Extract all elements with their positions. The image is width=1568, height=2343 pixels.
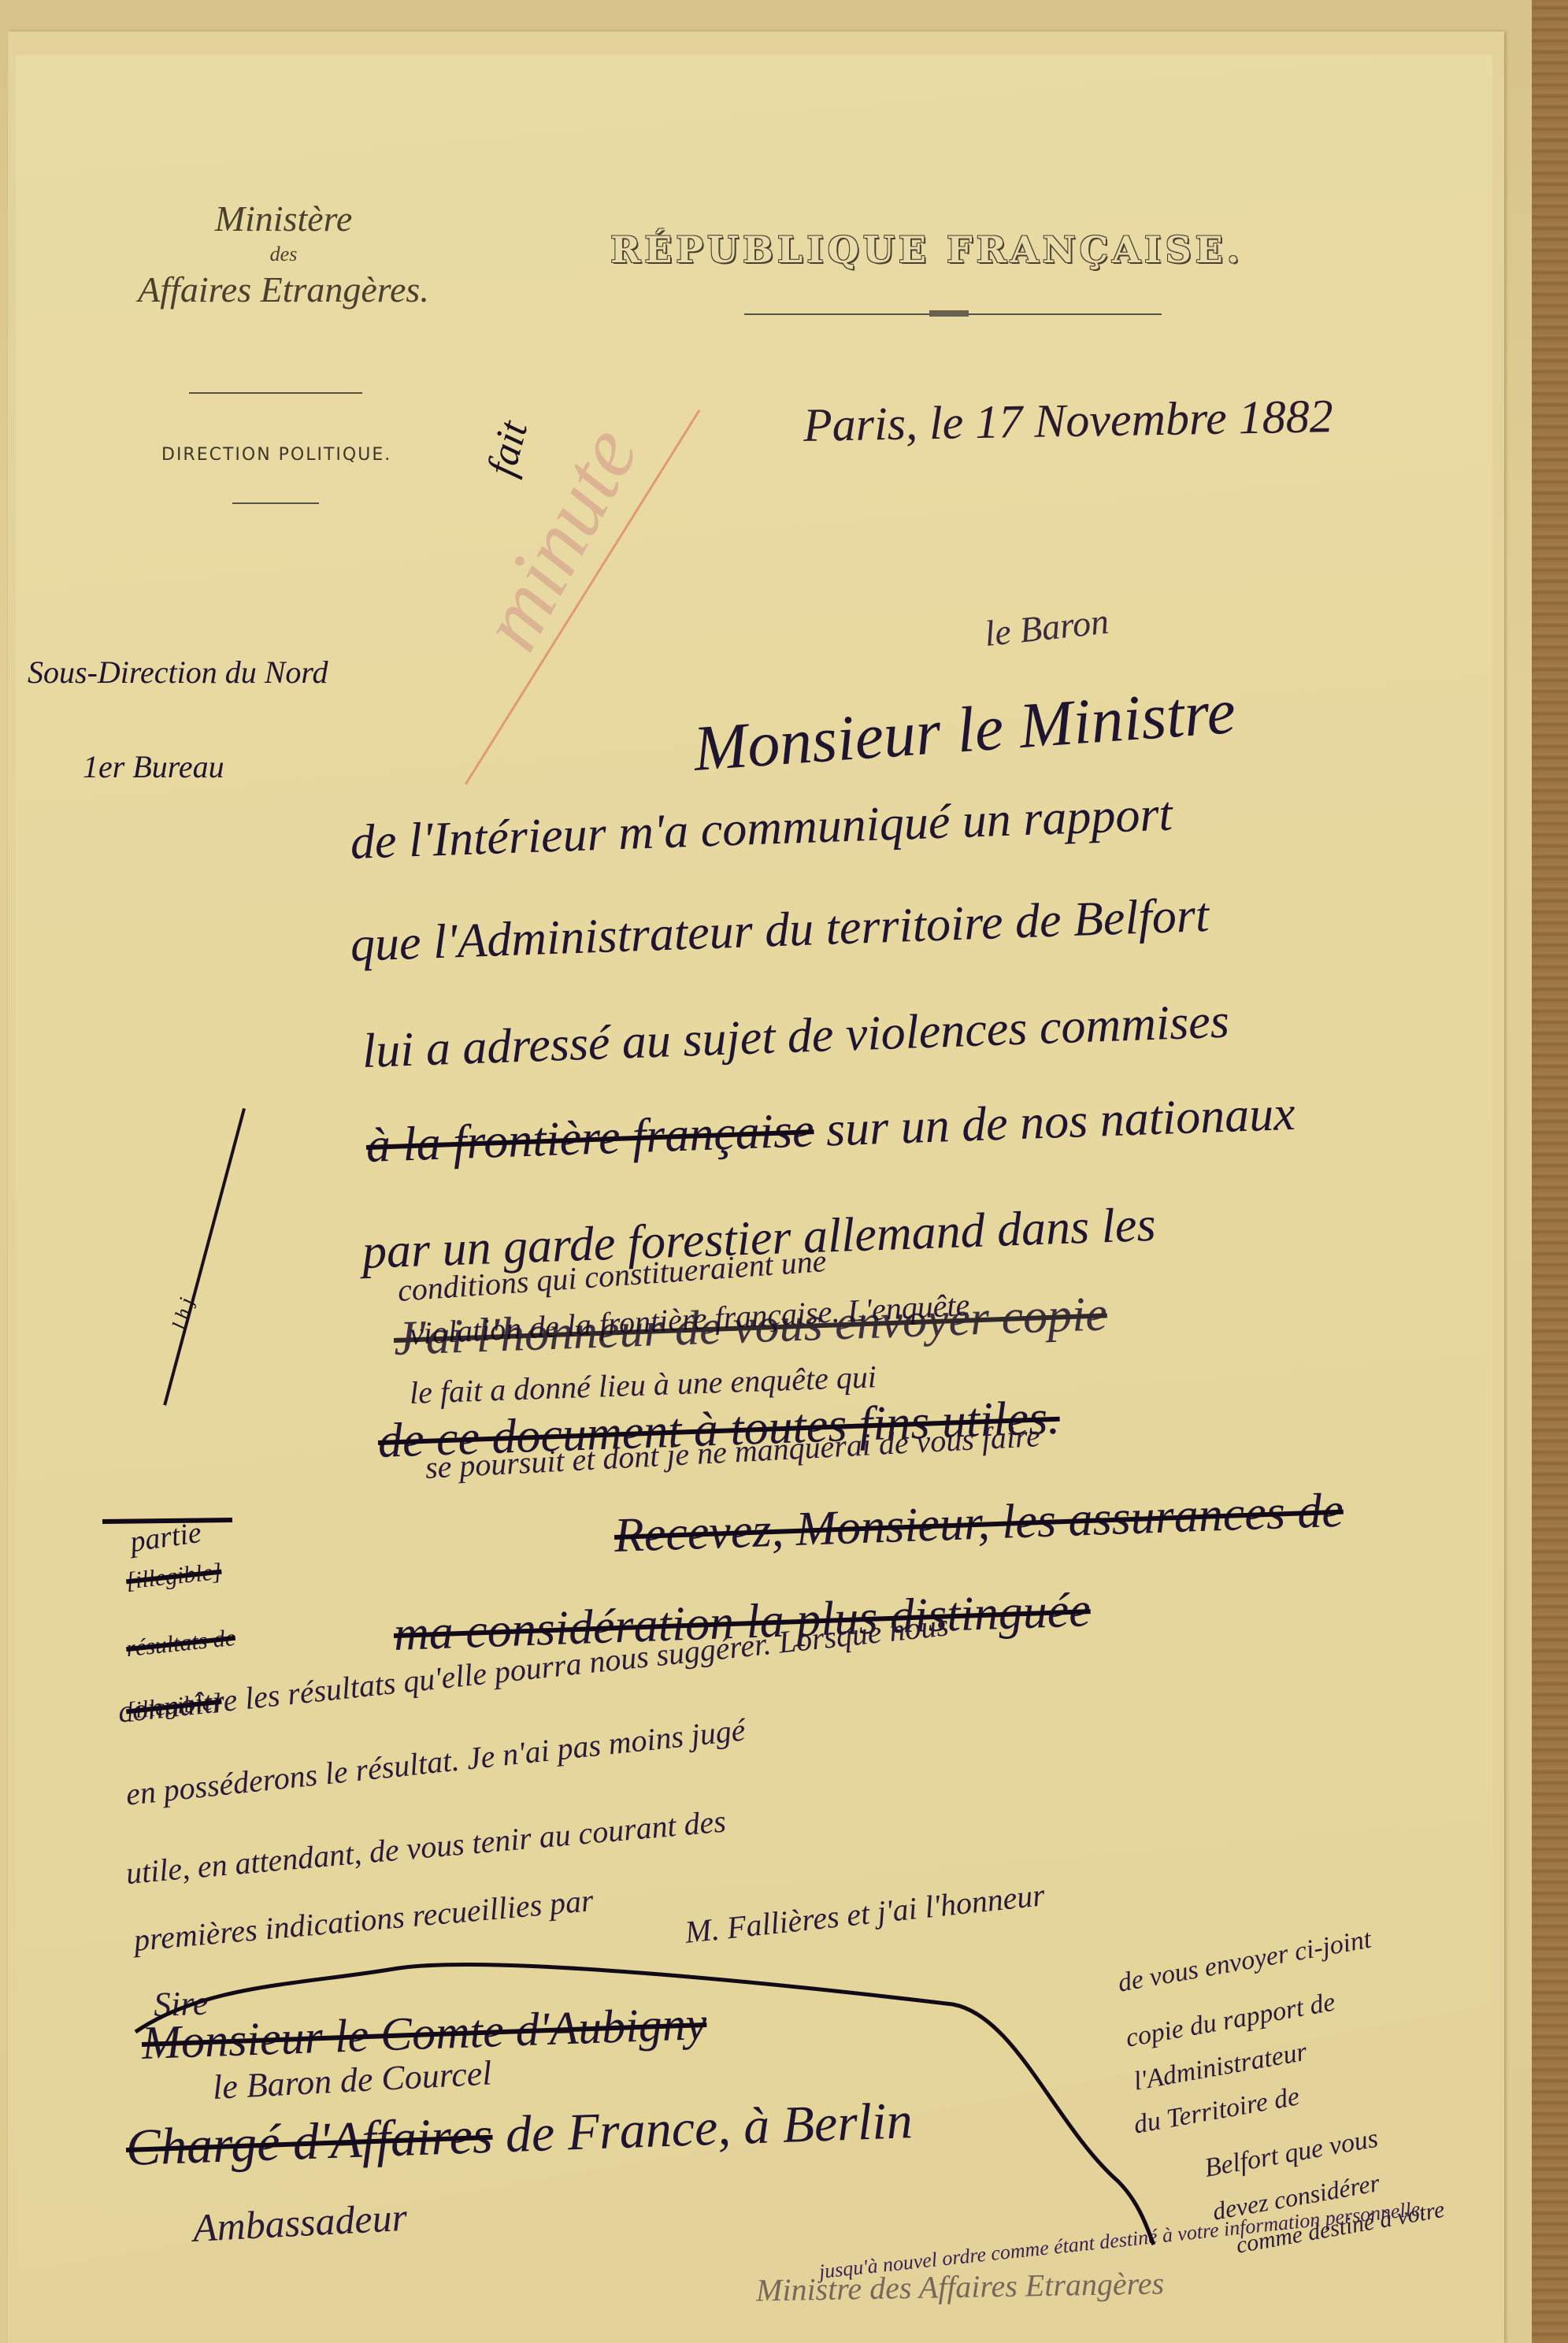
department-divider [232,502,319,504]
republic-heading: RÉPUBLIQUE FRANÇAISE. [610,228,1244,271]
ministry-letterhead: Ministère des Affaires Etrangères. [71,197,496,312]
bureau-label: 1er Bureau [83,748,224,785]
ministry-line-1: Ministère [71,197,496,241]
letter-date: Paris, le 17 Novembre 1882 [803,389,1333,453]
ministry-line-3: Affaires Etrangères. [71,268,496,312]
struck-text: Chargé d'Affaires [125,2107,494,2177]
republic-divider-ornament [929,310,969,317]
department-label: DIRECTION POLITIQUE. [161,445,391,465]
addressee-location: de France, à Berlin [505,2092,914,2163]
under-sheet-text: Ministre des Affaires Etrangères [756,2264,1165,2308]
ministry-line-2: des [71,241,496,268]
sub-direction-label: Sous-Direction du Nord [28,654,328,691]
letterhead-divider [189,392,362,394]
line-continuation: dans les [984,1198,1156,1258]
